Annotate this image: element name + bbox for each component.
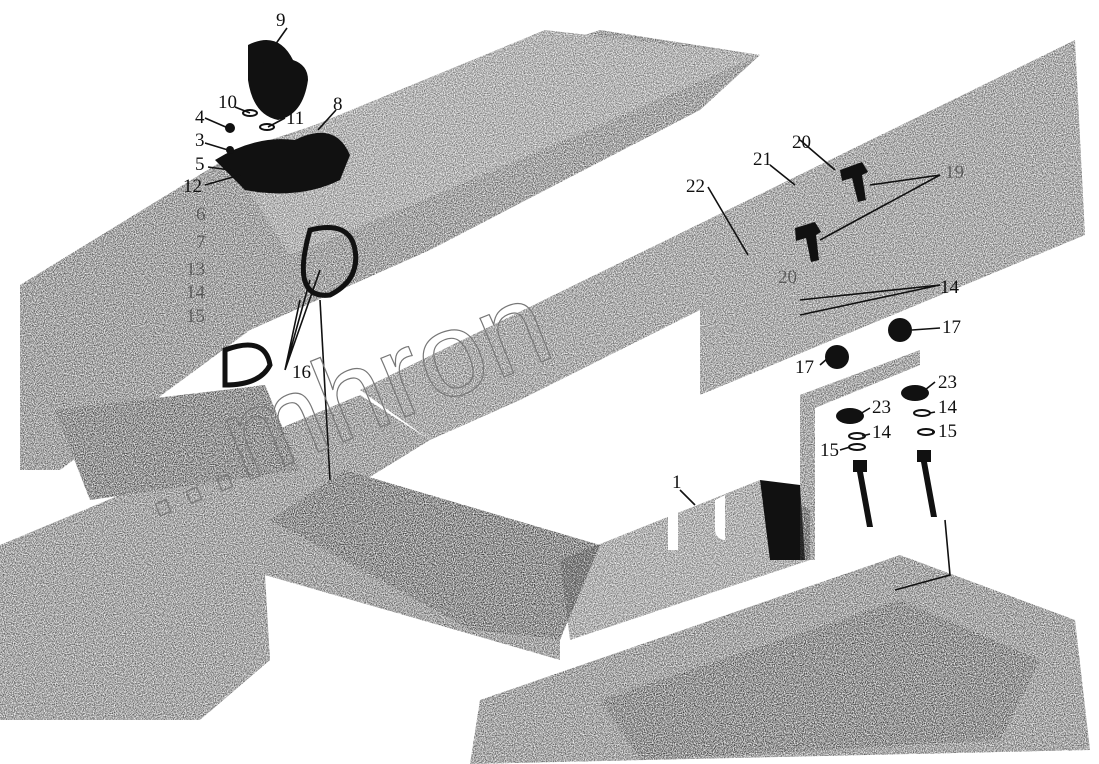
callout-12: 12 — [183, 176, 202, 197]
callout-19: 19 — [945, 162, 964, 183]
callout-14-a: 14 — [938, 397, 958, 418]
callout-17-a: 17 — [942, 317, 961, 338]
callout-6: 6 — [196, 204, 206, 225]
callout-13: 13 — [186, 259, 205, 280]
callout-23-b: 23 — [872, 397, 891, 418]
bolt-a — [853, 460, 873, 527]
callout-21: 21 — [753, 149, 772, 170]
diagram-canvas: ...mhron 9 10 11 8 4 3 5 12 6 7 13 14 15… — [0, 0, 1099, 764]
callout-14-b: 14 — [872, 422, 892, 443]
callout-3: 3 — [195, 130, 205, 151]
callout-20-b: 20 — [778, 267, 797, 288]
part-17-a — [888, 318, 912, 342]
callout-5: 5 — [195, 154, 205, 175]
callout-10: 10 — [218, 92, 237, 113]
part-23-a — [901, 385, 929, 401]
callout-11: 11 — [286, 108, 304, 129]
callout-4: 4 — [195, 107, 205, 128]
callout-14-right: 14 — [940, 277, 960, 298]
callout-15-b: 15 — [820, 440, 839, 461]
part-23-b — [836, 408, 864, 424]
callout-1: 1 — [672, 472, 682, 493]
callout-14-left: 14 — [186, 282, 206, 303]
callout-17-b: 17 — [795, 357, 814, 378]
callout-7: 7 — [196, 232, 206, 253]
callout-15-a: 15 — [938, 421, 957, 442]
parts-diagram: ...mhron 9 10 11 8 4 3 5 12 6 7 13 14 15… — [0, 0, 1099, 764]
callout-16: 16 — [292, 362, 311, 383]
callout-22: 22 — [686, 176, 705, 197]
part-17-b — [825, 345, 849, 369]
callout-20: 20 — [792, 132, 811, 153]
callout-9: 9 — [276, 10, 286, 31]
callout-23-a: 23 — [938, 372, 957, 393]
bolt-b — [917, 450, 937, 517]
callout-8: 8 — [333, 94, 343, 115]
callout-15-left: 15 — [186, 306, 205, 327]
